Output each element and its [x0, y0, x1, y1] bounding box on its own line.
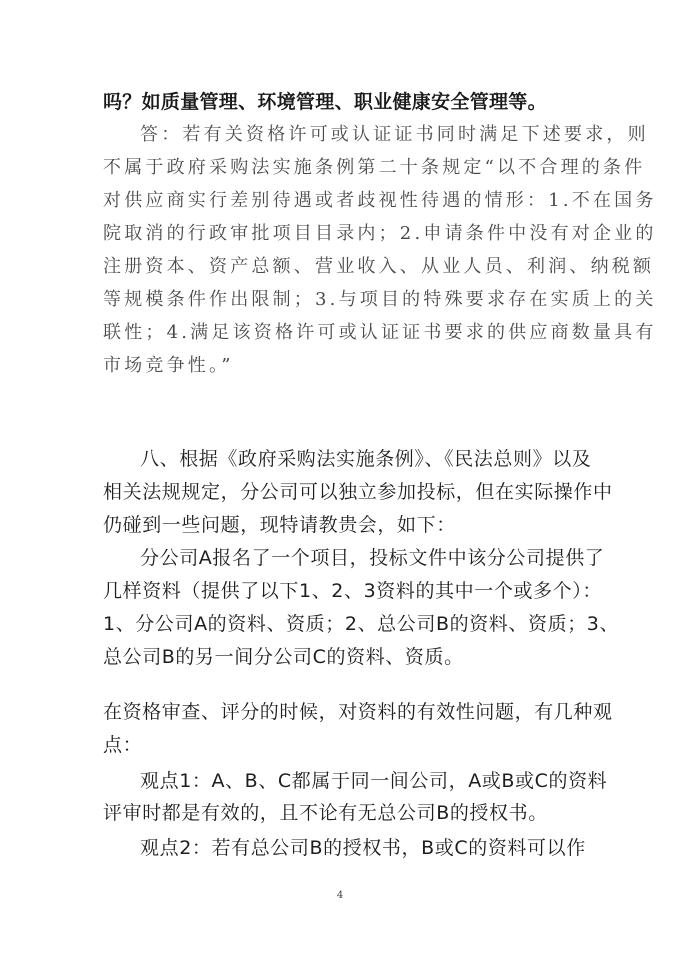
viewpoint-1-line: 观点1：A、B、C都属于同一间公司，A或B或C的资料 [140, 767, 616, 795]
viewpoint-1-line: 评审时都是有效的，且不论有无总公司B的授权书。 [103, 799, 579, 827]
body-paragraph-line: 相关法规规定，分公司可以独立参加投标，但在实际操作中 [103, 478, 579, 506]
viewpoint-2-line: 观点2：若有总公司B的授权书，B或C的资料可以作 [140, 834, 616, 862]
answer-paragraph-line: 注册资本、资产总额、营业收入、从业人员、利润、纳税额 [103, 253, 579, 281]
body-paragraph-line: 点： [103, 731, 579, 759]
answer-paragraph-line: 答：若有关资格许可或认证证书同时满足下述要求，则 [140, 121, 616, 149]
answer-paragraph-line: 对供应商实行差别待遇或者歧视性待遇的情形：1.不在国务 [103, 187, 579, 215]
body-paragraph-line: 在资格审查、评分的时候，对资料的有效性问题，有几种观 [103, 698, 579, 726]
section-eight-heading-line: 八、根据《政府采购法实施条例》、《民法总则》以及 [140, 445, 616, 473]
answer-paragraph-line: 院取消的行政审批项目目录内；2.申请条件中没有对企业的 [103, 220, 579, 248]
document-page: 吗？如质量管理、环境管理、职业健康安全管理等。 答：若有关资格许可或认证证书同时… [0, 0, 680, 962]
answer-paragraph-line: 市场竞争性。” [103, 352, 579, 380]
answer-paragraph-line: 等规模条件作出限制；3.与项目的特殊要求存在实质上的关 [103, 286, 579, 314]
body-paragraph-line: 总公司B的另一间分公司C的资料、资质。 [103, 643, 579, 671]
answer-paragraph-line: 联性；4.满足该资格许可或认证证书要求的供应商数量具有 [103, 319, 579, 347]
page-number: 4 [330, 890, 350, 901]
body-paragraph-line: 1、分公司A的资料、资质；2、总公司B的资料、资质；3、 [103, 610, 579, 638]
body-paragraph-line: 仍碰到一些问题，现特请教贵会，如下： [103, 511, 579, 539]
body-paragraph-line: 几样资料（提供了以下1、2、3资料的其中一个或多个）： [103, 577, 579, 605]
question-continuation-line: 吗？如质量管理、环境管理、职业健康安全管理等。 [103, 88, 579, 116]
answer-paragraph-line: 不属于政府采购法实施条例第二十条规定“以不合理的条件 [103, 154, 579, 182]
body-paragraph-line: 分公司A报名了一个项目，投标文件中该分公司提供了 [140, 544, 616, 572]
